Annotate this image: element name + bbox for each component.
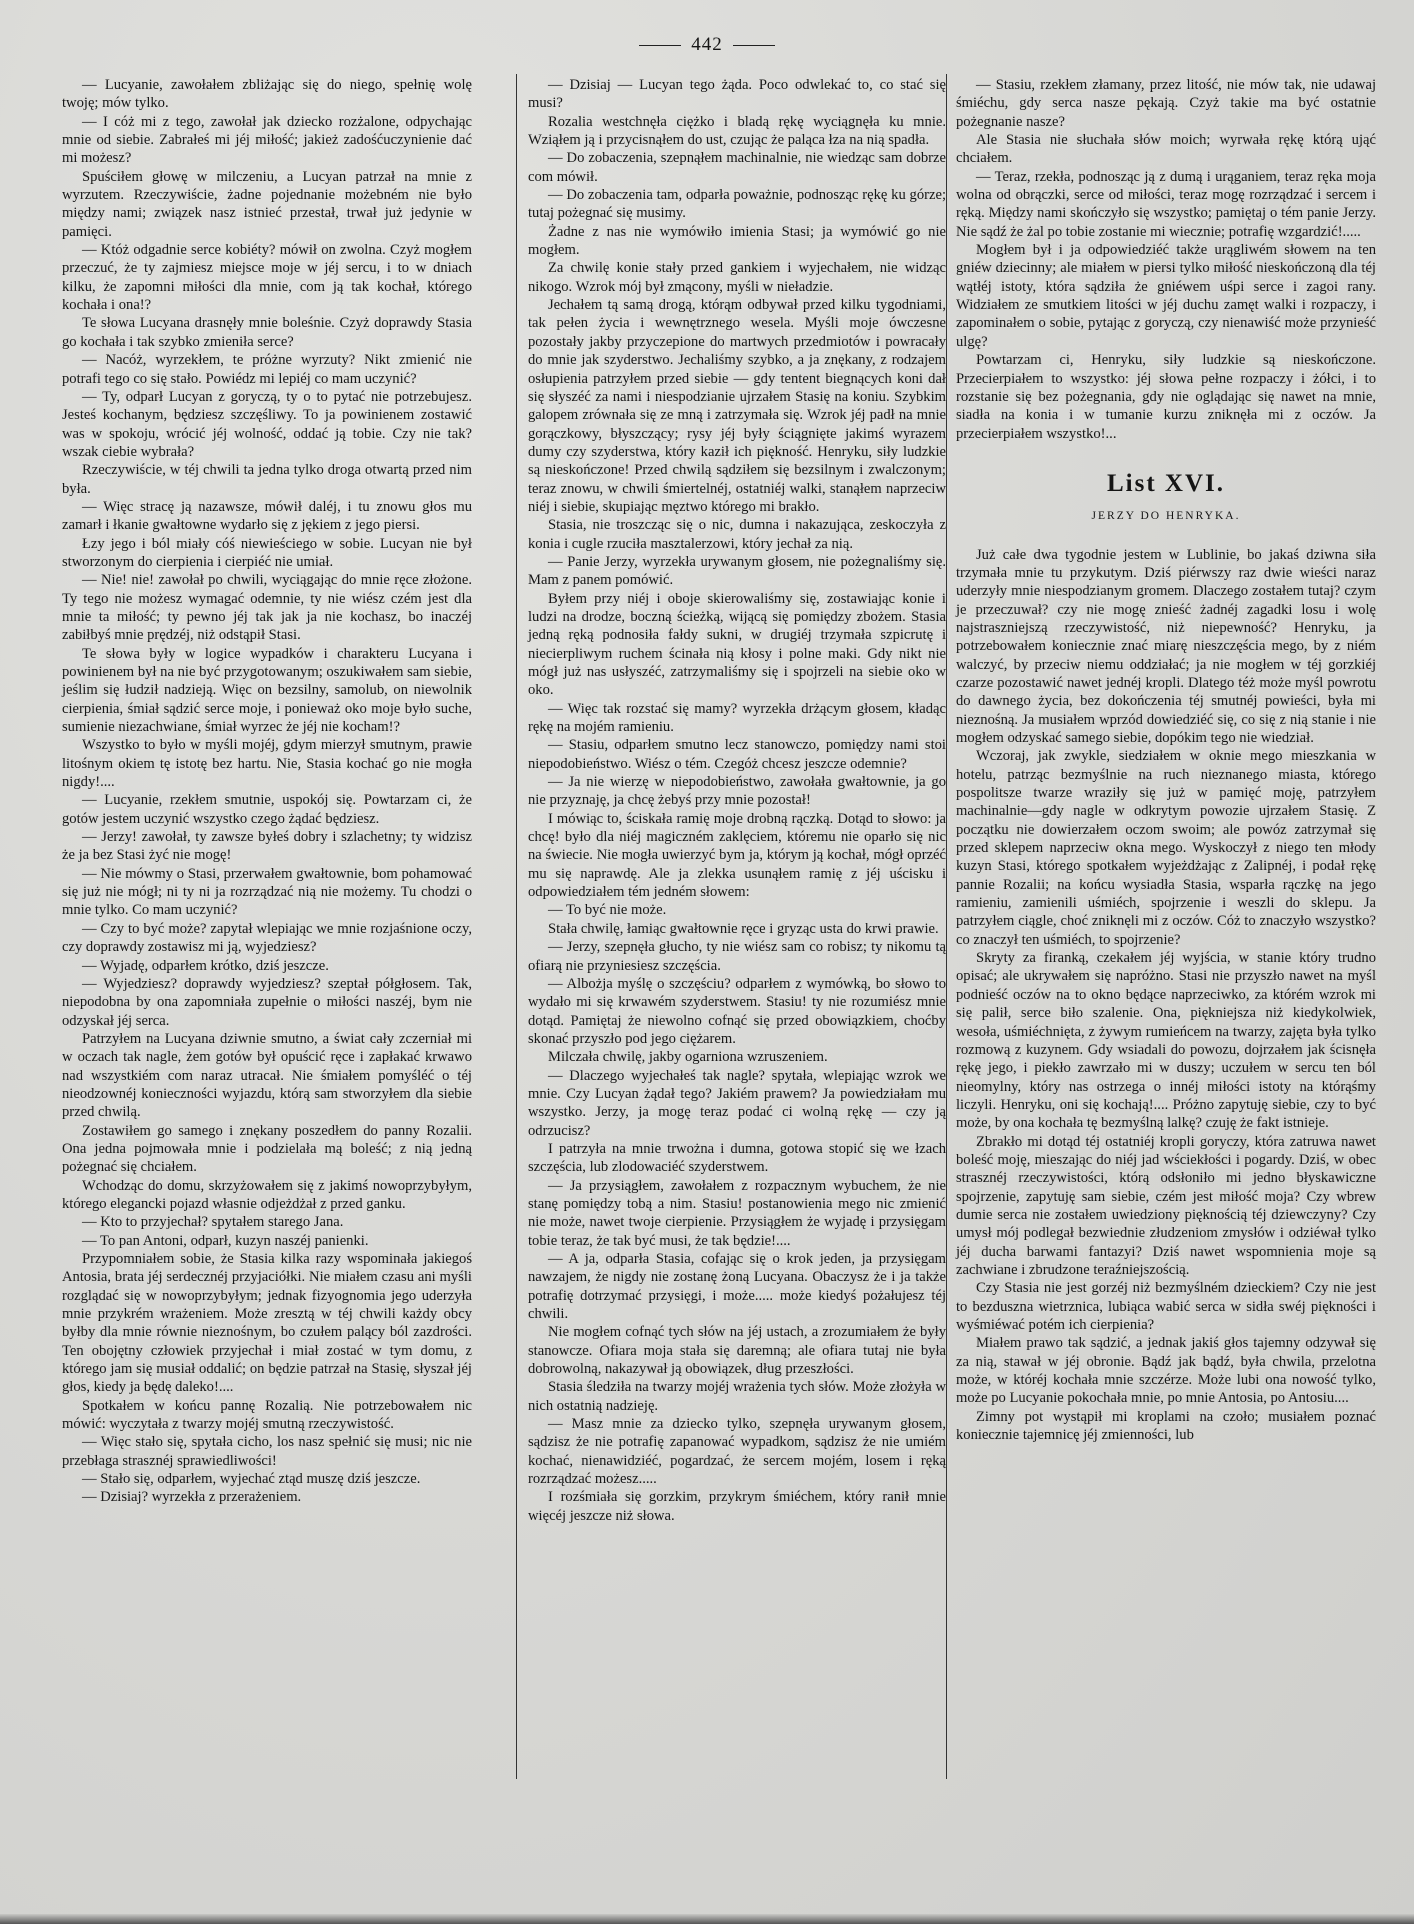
paragraph: Mogłem był i ja odpowiedziéć także urągl… [956, 241, 1376, 351]
text-column-middle: — Dzisiaj — Lucyan tego żąda. Poco odwle… [528, 76, 946, 1525]
paragraph: Spuściłem głowę w milczeniu, a Lucyan pa… [62, 168, 472, 241]
paragraph: Przypomniałem sobie, że Stasia kilka raz… [62, 1250, 472, 1397]
text-column-right: — Stasiu, rzekłem złamany, przez litość,… [956, 76, 1376, 1444]
paragraph: — Ty, odparł Lucyan z goryczą, ty o to p… [62, 388, 472, 461]
paragraph: I rozśmiała się gorzkim, przykrym śmiéch… [528, 1488, 946, 1525]
paragraph: — Ja nie wierzę w niepodobieństwo, zawoł… [528, 773, 946, 810]
paragraph: — Dzisiaj? wyrzekła z przerażeniem. [62, 1488, 472, 1506]
paragraph: Te słowa były w logice wypadków i charak… [62, 645, 472, 737]
paragraph: Czy Stasia nie jest gorzéj niż bezmyślné… [956, 1279, 1376, 1334]
paragraph: Żadne z nas nie wymówiło imienia Stasi; … [528, 223, 946, 260]
chapter-heading: List XVI. [956, 475, 1376, 493]
paragraph: — Nie mówmy o Stasi, przerwałem gwałtown… [62, 865, 472, 920]
paragraph: Nie mogłem cofnąć tych słów na jéj ustac… [528, 1323, 946, 1378]
paragraph: Spotkałem w końcu pannę Rozalią. Nie pot… [62, 1397, 472, 1434]
paragraph: — Ja przysiągłem, zawołałem z rozpacznym… [528, 1177, 946, 1250]
paragraph: Wczoraj, jak zwykle, siedziałem w oknie … [956, 747, 1376, 949]
column-divider [516, 74, 517, 1779]
paragraph: Stasia śledziła na twarzy mojéj wrażenia… [528, 1378, 946, 1415]
paragraph: Jechałem tą samą drogą, którąm odbywał p… [528, 296, 946, 516]
paragraph: — Stasiu, rzekłem złamany, przez litość,… [956, 76, 1376, 131]
paragraph: Byłem przy niéj i oboje skierowaliśmy si… [528, 590, 946, 700]
paragraph: Już całe dwa tygodnie jestem w Lublinie,… [956, 546, 1376, 748]
column-divider [946, 74, 947, 1779]
paragraph: — Stasiu, odparłem smutno lecz stanowczo… [528, 736, 946, 773]
text-column-left: — Lucyanie, zawołałem zbliżając się do n… [62, 76, 472, 1507]
paragraph: — Dzisiaj — Lucyan tego żąda. Poco odwle… [528, 76, 946, 113]
paragraph: — To pan Antoni, odparł, kuzyn naszéj pa… [62, 1232, 472, 1250]
paragraph: Ale Stasia nie słuchała słów moich; wyrw… [956, 131, 1376, 168]
paragraph: — Wyjedziesz? doprawdy wyjedziesz? szept… [62, 975, 472, 1030]
chapter-subheading: JERZY DO HENRYKA. [956, 507, 1376, 525]
paragraph: Skryty za firanką, czekałem jéj wyjścia,… [956, 949, 1376, 1132]
paragraph: Rzeczywiście, w téj chwili ta jedna tylk… [62, 461, 472, 498]
paragraph: — Więc stracę ją nazawsze, mówił daléj, … [62, 498, 472, 535]
paragraph: — Nacóż, wyrzekłem, te próżne wyrzuty? N… [62, 351, 472, 388]
paragraph: I mówiąc to, ściskała ramię moje drobną … [528, 810, 946, 902]
paragraph: Miałem prawo tak sądzić, a jednak jakiś … [956, 1334, 1376, 1407]
page-edge [0, 1914, 1414, 1924]
paragraph: — Panie Jerzy, wyrzekła urywanym głosem,… [528, 553, 946, 590]
paragraph: Te słowa Lucyana drasnęły mnie boleśnie.… [62, 314, 472, 351]
paragraph: Wszystko to było w myśli mojéj, gdym mie… [62, 736, 472, 791]
paragraph: — Lucyanie, zawołałem zbliżając się do n… [62, 76, 472, 113]
paragraph: — Więc tak rozstać się mamy? wyrzekła dr… [528, 700, 946, 737]
paragraph: Milczała chwilę, jakby ogarniona wzrusze… [528, 1048, 946, 1066]
page-number-dash-left [639, 45, 681, 46]
paragraph: — To być nie może. [528, 901, 946, 919]
paragraph: Za chwilę konie stały przed gankiem i wy… [528, 259, 946, 296]
paragraph: Łzy jego i ból miały cóś niewieściego w … [62, 535, 472, 572]
paragraph: — Lucyanie, rzekłem smutnie, uspokój się… [62, 791, 472, 828]
paragraph: — Albożja myślę o szczęściu? odparłem z … [528, 975, 946, 1048]
paragraph: — Do zobaczenia, szepnąłem machinalnie, … [528, 149, 946, 186]
paragraph: Zimny pot wystąpił mi kroplami na czoło;… [956, 1408, 1376, 1445]
paragraph: — A ja, odparła Stasia, cofając się o kr… [528, 1250, 946, 1323]
paragraph: — Więc stało się, spytała cicho, los nas… [62, 1433, 472, 1470]
paragraph: Powtarzam ci, Henryku, siły ludzkie są n… [956, 351, 1376, 443]
page-number-text: 442 [691, 34, 723, 55]
paragraph: — Dlaczego wyjechałeś tak nagle? spytała… [528, 1067, 946, 1140]
paragraph: Zostawiłem go samego i znękany poszedłem… [62, 1122, 472, 1177]
paragraph: — I cóż mi z tego, zawołał jak dziecko r… [62, 113, 472, 168]
paragraph: — Masz mnie za dziecko tylko, szepnęła u… [528, 1415, 946, 1488]
page-number-dash-right [733, 45, 775, 46]
paragraph: I patrzyła na mnie trwożna i dumna, goto… [528, 1140, 946, 1177]
paragraph: Zbrakło mi dotąd téj ostatniéj kropli go… [956, 1133, 1376, 1280]
paragraph: — Stało się, odparłem, wyjechać ztąd mus… [62, 1470, 472, 1488]
paragraph: — Czy to być może? zapytał wlepiając we … [62, 920, 472, 957]
paragraph: — Jerzy, szepnęła głucho, ty nie wiész s… [528, 938, 946, 975]
paragraph: Stała chwilę, łamiąc gwałtownie ręce i g… [528, 920, 946, 938]
paragraph: Patrzyłem na Lucyana dziwnie smutno, a ś… [62, 1030, 472, 1122]
paragraph: — Do zobaczenia tam, odparła poważnie, p… [528, 186, 946, 223]
paragraph: — Kto to przyjechał? spytałem starego Ja… [62, 1213, 472, 1231]
paragraph: Wchodząc do domu, skrzyżowałem się z jak… [62, 1177, 472, 1214]
paragraph: — Wyjadę, odparłem krótko, dziś jeszcze. [62, 957, 472, 975]
paragraph: — Nie! nie! zawołał po chwili, wyciągają… [62, 571, 472, 644]
paragraph: — Teraz, rzekła, podnosząc ją z dumą i u… [956, 168, 1376, 241]
paragraph: — Jerzy! zawołał, ty zawsze byłeś dobry … [62, 828, 472, 865]
page-number: 442 [0, 34, 1414, 56]
paragraph: Stasia, nie troszcząc się o nic, dumna i… [528, 516, 946, 553]
paragraph: — Któż odgadnie serce kobiéty? mówił on … [62, 241, 472, 314]
paragraph: Rozalia westchnęła ciężko i bladą rękę w… [528, 113, 946, 150]
